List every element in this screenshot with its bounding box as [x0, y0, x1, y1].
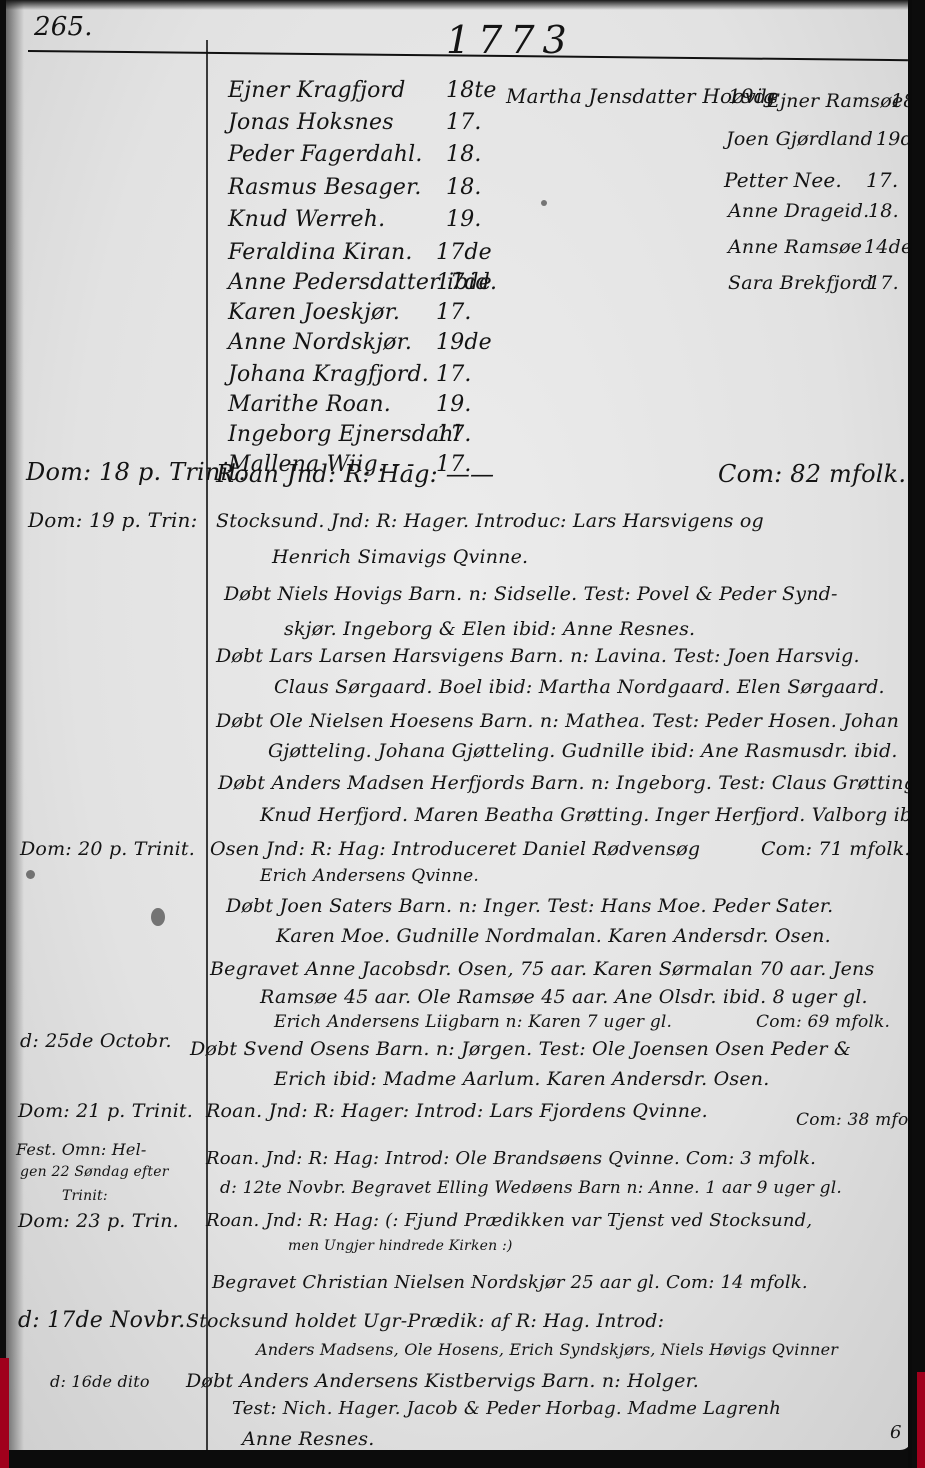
entry-line: Døbt Lars Larsen Harsvigens Barn. n: Lav… [216, 645, 860, 667]
entry-date: Dom: 21 p. Trinit. [18, 1100, 193, 1122]
corner-mark: 6 [890, 1422, 902, 1443]
year-heading: 1773 [446, 18, 575, 62]
confirmand-name: Anne Nordskjør. [228, 330, 412, 355]
left-edge-tab [0, 1358, 9, 1468]
entry-line: Roan Jnd: R: Hag: —— [216, 460, 494, 488]
entry-communicants: Com: 71 mfolk. [761, 838, 911, 860]
entry-line: Knud Herfjord. Maren Beatha Grøtting. In… [260, 804, 912, 826]
confirmand-age: 17de [436, 270, 492, 295]
confirmand-name: Marithe Roan. [228, 392, 391, 417]
entry-line: Roan. Jnd: R: Hag: (: Fjund Prædikken va… [206, 1210, 812, 1231]
entry-line: skjør. Ingeborg & Elen ibid: Anne Resnes… [284, 618, 695, 640]
confirmand-age: 17de [436, 240, 492, 265]
ink-blot [151, 908, 165, 926]
entry-line: Døbt Ole Nielsen Hoesens Barn. n: Mathea… [216, 710, 899, 732]
margin-rule [206, 40, 208, 1450]
right-edge-tab [917, 1372, 925, 1468]
confirmand-age: 19de [436, 330, 492, 355]
confirmand-name: Peder Fagerdahl. [228, 142, 423, 167]
entry-line: Døbt Anders Madsen Herfjords Barn. n: In… [218, 772, 912, 794]
entry-communicants: Com: 69 mfolk. [756, 1012, 890, 1032]
entry-line: Erich ibid: Madme Aarlum. Karen Andersdr… [274, 1068, 769, 1090]
confirmand-age: 17. [436, 362, 472, 387]
entry-line: Døbt Svend Osens Barn. n: Jørgen. Test: … [190, 1038, 851, 1060]
ink-blot [26, 870, 35, 879]
confirmand-age: 18. [446, 175, 482, 200]
confirmand-name: Karen Joeskjør. [228, 300, 400, 325]
entry-line: Osen Jnd: R: Hag: Introduceret Daniel Rø… [210, 838, 700, 860]
entry-line: Begravet Anne Jacobsdr. Osen, 75 aar. Ka… [210, 958, 874, 980]
confirmand-age: 19. [446, 207, 482, 232]
confirmand-name: Ejner Ramsøe [766, 90, 903, 112]
entry-date: Fest. Omn: Hel- [16, 1140, 147, 1159]
entry-line: Claus Sørgaard. Boel ibid: Martha Nordga… [274, 676, 885, 698]
entry-line: d: 12te Novbr. Begravet Elling Wedøens B… [220, 1178, 842, 1198]
entry-date: Dom: 23 p. Trin. [18, 1210, 179, 1232]
entry-line: Erich Andersens Liigbarn n: Karen 7 uger… [274, 1012, 672, 1032]
confirmand-age: 17. [436, 422, 472, 447]
entry-line: Døbt Anders Andersens Kistbervigs Barn. … [186, 1370, 699, 1392]
entry-line: Ramsøe 45 aar. Ole Ramsøe 45 aar. Ane Ol… [260, 986, 868, 1008]
register-page: 265. 1773 Ejner Kragfjord 18te Jonas Hok… [6, 0, 912, 1450]
confirmand-name: Anne Ramsøe [728, 236, 862, 258]
confirmand-age: 17. [868, 272, 899, 294]
entry-line: Begravet Christian Nielsen Nordskjør 25 … [212, 1272, 808, 1293]
entry-line: Test: Nich. Hager. Jacob & Peder Horbag.… [232, 1398, 781, 1419]
entry-line: Anders Madsens, Ole Hosens, Erich Syndsk… [256, 1340, 838, 1359]
confirmand-name: Joen Gjørdland [726, 128, 873, 150]
confirmand-age: 18. [868, 200, 899, 222]
confirmand-age: 17. [436, 300, 472, 325]
entry-line: Stocksund holdet Ugr-Prædik: af R: Hag. … [186, 1310, 664, 1332]
entry-line: Henrich Simavigs Qvinne. [272, 546, 528, 568]
entry-line: Erich Andersens Qvinne. [260, 866, 479, 886]
entry-line: Anne Resnes. [242, 1428, 374, 1450]
confirmand-name: Ejner Kragfjord [228, 78, 406, 103]
page-spine-edge [908, 0, 912, 1468]
entry-date-continued: gen 22 Søndag efter [20, 1164, 169, 1180]
confirmand-age: 17. [866, 168, 898, 192]
entry-communicants: Com: 82 mfolk. [718, 460, 906, 488]
confirmand-age: 18te [446, 78, 497, 103]
entry-date: Dom: 19 p. Trin: [28, 508, 198, 532]
entry-date: d: 17de Novbr. [18, 1308, 185, 1333]
entry-line: men Ungjer hindrede Kirken :) [288, 1238, 513, 1254]
confirmand-age: 19de [876, 128, 912, 150]
confirmand-name: Knud Werreh. [228, 207, 385, 232]
entry-line: Karen Moe. Gudnille Nordmalan. Karen And… [276, 925, 831, 947]
page-number: 265. [34, 12, 93, 42]
confirmand-name: Petter Nee. [724, 168, 842, 192]
entry-line: Døbt Joen Saters Barn. n: Inger. Test: H… [226, 895, 833, 917]
confirmand-name: Sara Brekfjord [728, 272, 873, 294]
entry-date: Dom: 18 p. Trinit. [26, 458, 246, 486]
entry-line: Stocksund. Jnd: R: Hager. Introduc: Lars… [216, 510, 764, 532]
confirmand-name: Jonas Hoksnes [228, 110, 394, 135]
entry-line: Roan. Jnd: R: Hager: Introd: Lars Fjorde… [206, 1100, 708, 1122]
confirmand-name: Ingeborg Ejnersdahl [228, 422, 461, 447]
confirmand-age: 14de [864, 236, 912, 258]
ink-blot [541, 200, 547, 206]
entry-line: Roan. Jnd: R: Hag: Introd: Ole Brandsøen… [206, 1148, 816, 1169]
confirmand-age: 17. [446, 110, 482, 135]
confirmand-name: Rasmus Besager. [228, 175, 422, 200]
confirmand-name: Anne Drageid. [728, 200, 869, 222]
entry-date: d: 25de Octobr. [20, 1030, 172, 1052]
entry-line: Gjøtteling. Johana Gjøtteling. Gudnille … [268, 740, 898, 762]
entry-line: Døbt Niels Hovigs Barn. n: Sidselle. Tes… [224, 583, 838, 605]
confirmand-age: 18. [446, 142, 482, 167]
entry-date: d: 16de dito [50, 1372, 150, 1391]
confirmand-age: 19. [436, 392, 472, 417]
confirmand-name: Feraldina Kiran. [228, 240, 413, 265]
page-top-shadow [6, 0, 912, 10]
entry-date: Dom: 20 p. Trinit. [20, 838, 195, 860]
confirmand-name: Johana Kragfjord. [228, 362, 429, 387]
entry-date-continued: Trinit: [62, 1188, 108, 1204]
entry-communicants: Com: 38 mfolk. [796, 1110, 912, 1130]
